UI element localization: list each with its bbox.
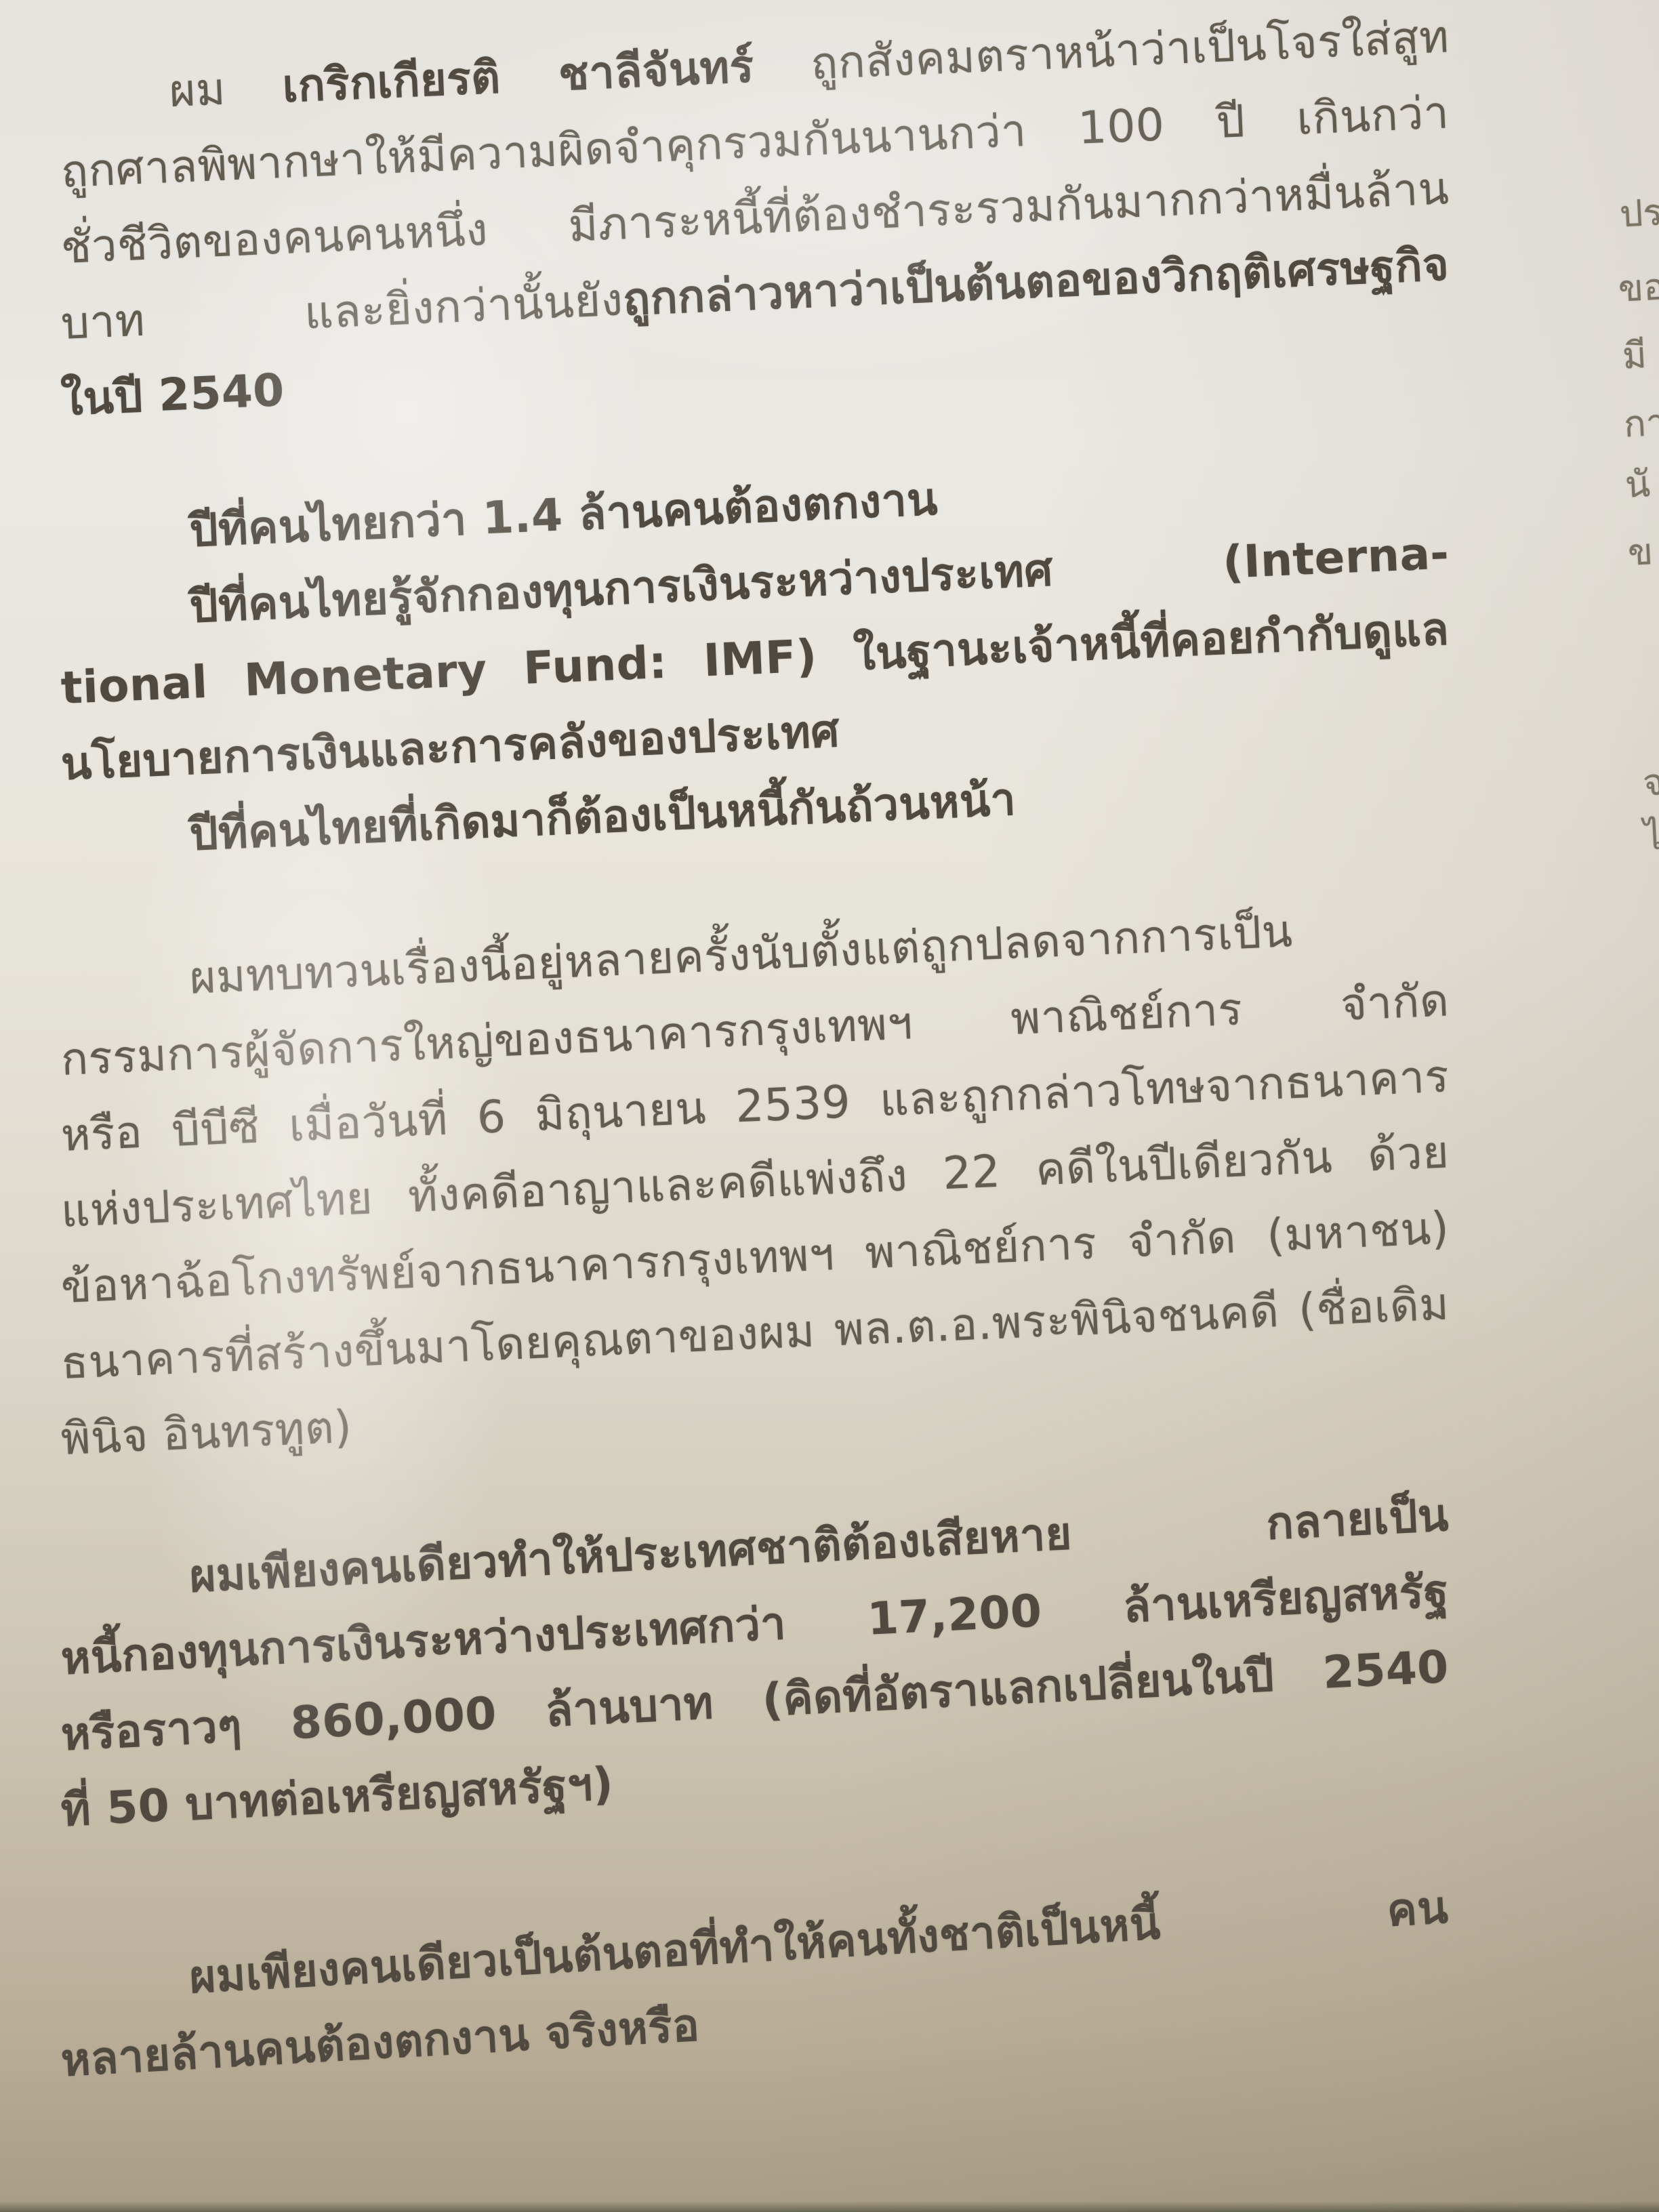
bold-text-segment: เกริกเกียรติ ชาลีจันทร์	[281, 40, 755, 112]
facing-page-text-fragment: กา	[1622, 402, 1659, 445]
page-text-block: ผม เกริกเกียรติ ชาลีจันทร์ ถูกสังคมตราหน…	[61, 58, 1450, 2099]
text-segment: ผม	[168, 60, 283, 117]
paragraph: ผมเพียงคนเดียวเป็นต้นตอที่ทำให้คนทั้งชาต…	[61, 1947, 1450, 2099]
bold-text-segment: ที่ 50 บาทต่อเหรียญสหรัฐฯ)	[60, 1757, 615, 1837]
bold-text-segment: ในปี 2540	[60, 364, 285, 426]
paragraph: ผม เกริกเกียรติ ชาลีจันทร์ ถูกสังคมตราหน…	[61, 58, 1450, 438]
book-page-photo: ผม เกริกเกียรติ ชาลีจันทร์ ถูกสังคมตราหน…	[0, 0, 1659, 2212]
text-segment: บาท และยิ่งกว่านั้นยัง	[60, 274, 624, 350]
facing-page-text-fragment: ข	[1626, 531, 1654, 573]
facing-page-text-fragment: ขอ	[1617, 266, 1659, 310]
facing-page-text-fragment: มี	[1621, 335, 1647, 377]
facing-page-text-fragment: ไ	[1643, 816, 1659, 857]
paragraph: ผมเพียงคนเดียวทำให้ประเทศชาติต้องเสียหาย…	[61, 1545, 1450, 1849]
text-segment: พินิจ อินทรทูต)	[60, 1401, 353, 1465]
facing-page-text-fragment: นั	[1624, 464, 1651, 506]
facing-page-text-fragment: ปร	[1618, 192, 1659, 234]
paragraph: ผมทบทวนเรื่องนี้อยู่หลายครั้งนับตั้งแต่ถ…	[61, 946, 1450, 1477]
facing-page-text-fragment: จ	[1641, 762, 1659, 804]
paragraph: ปีที่คนไทยกว่า 1.4 ล้านคนต้องตกงานปีที่ค…	[61, 499, 1450, 878]
page-bottom-shadow	[0, 2201, 1659, 2212]
